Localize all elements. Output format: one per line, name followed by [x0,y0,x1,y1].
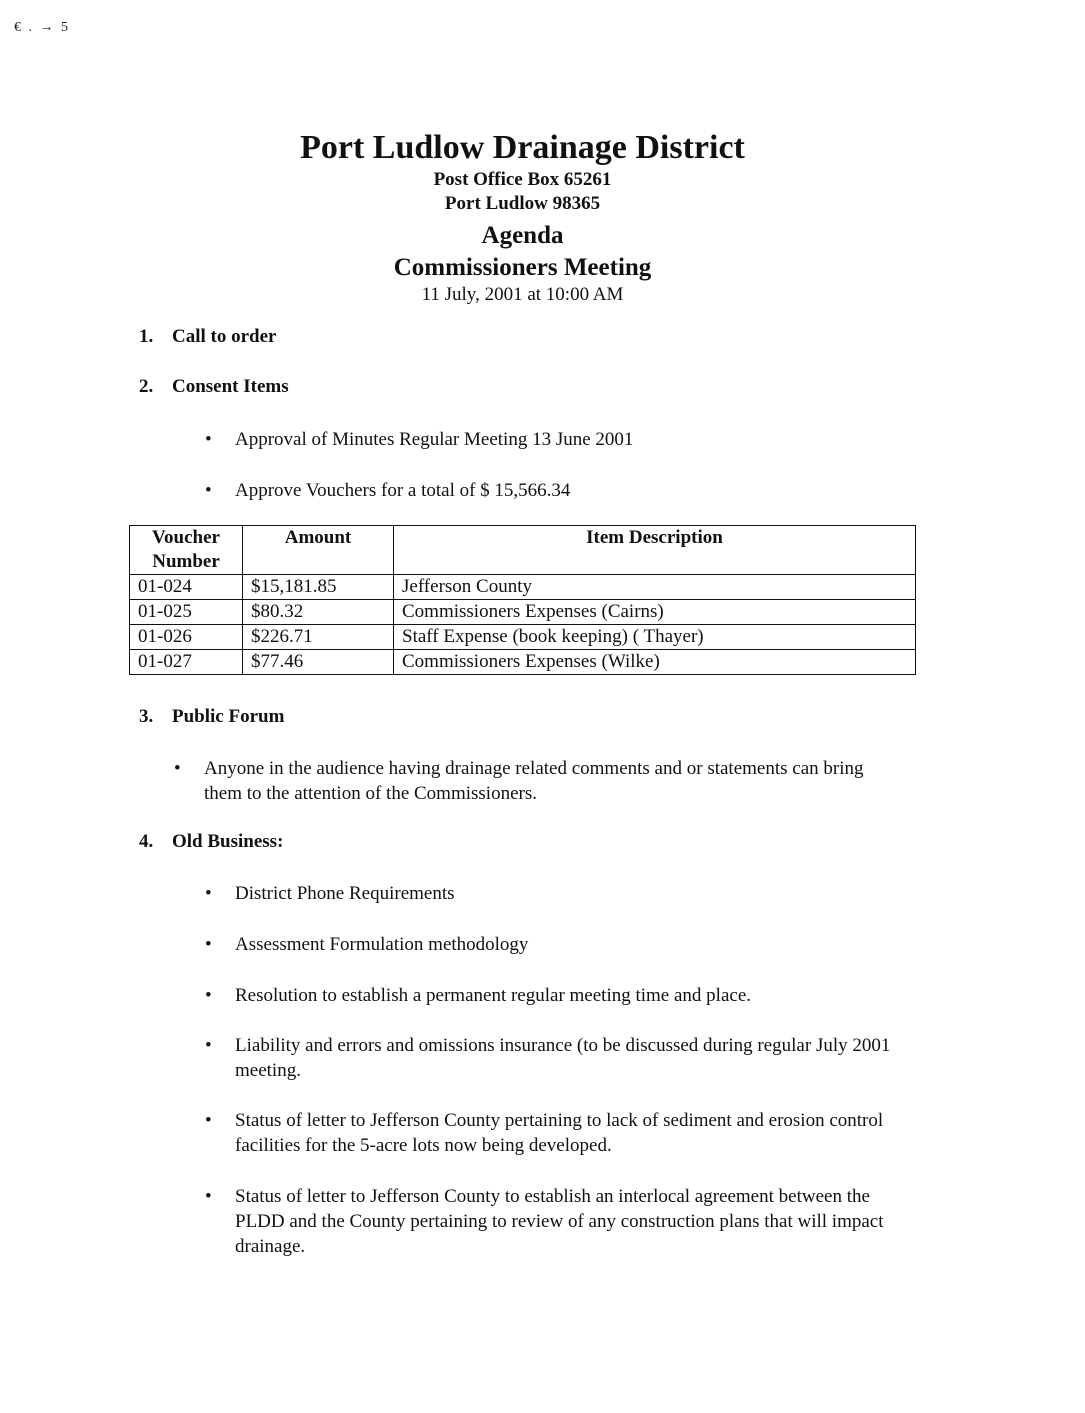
section-title: Consent Items [172,376,289,397]
section-consent-items: 2.Consent Items [139,376,289,398]
section-old-business: 4.Old Business: [139,831,283,853]
table-row: 01-024 $15,181.85 Jefferson County [130,575,916,600]
section-call-to-order: 1.Call to order [139,326,276,348]
voucher-amount: $77.46 [243,650,394,675]
address-line-1: Post Office Box 65261 [0,168,1045,192]
voucher-number: 01-024 [130,575,243,600]
bullet-icon: • [205,932,212,957]
address-line-2: Port Ludlow 98365 [0,192,1045,216]
bullet-icon: • [205,1108,212,1133]
section-number: 1. [139,326,172,348]
document-type: Agenda [0,220,1045,252]
section-title: Public Forum [172,706,284,727]
table-row: 01-025 $80.32 Commissioners Expenses (Ca… [130,600,916,625]
voucher-description: Staff Expense (book keeping) ( Thayer) [394,625,916,650]
bullet-icon: • [205,427,212,452]
document-header: Port Ludlow Drainage District Post Offic… [0,128,1045,306]
voucher-number: 01-027 [130,650,243,675]
list-item: • Status of letter to Jefferson County p… [235,1108,905,1158]
voucher-amount: $80.32 [243,600,394,625]
column-header-item-description: Item Description [394,526,916,575]
list-item: • Approval of Minutes Regular Meeting 13… [235,427,895,452]
list-item: • Anyone in the audience having drainage… [204,756,904,806]
meeting-datetime: 11 July, 2001 at 10:00 AM [0,284,1045,306]
bullet-icon: • [205,1184,212,1209]
organization-title: Port Ludlow Drainage District [0,128,1045,168]
section-title: Old Business: [172,831,283,852]
meeting-title: Commissioners Meeting [0,252,1045,284]
list-item: • Resolution to establish a permanent re… [235,983,905,1008]
section-number: 4. [139,831,172,853]
bullet-icon: • [205,881,212,906]
voucher-amount: $15,181.85 [243,575,394,600]
table-row: 01-027 $77.46 Commissioners Expenses (Wi… [130,650,916,675]
list-item: • Assessment Formulation methodology [235,932,905,957]
scan-artifact: € . → 5 [14,20,70,36]
section-number: 3. [139,706,172,728]
voucher-description: Jefferson County [394,575,916,600]
bullet-icon: • [205,478,212,503]
voucher-amount: $226.71 [243,625,394,650]
column-header-amount: Amount [243,526,394,575]
voucher-description: Commissioners Expenses (Cairns) [394,600,916,625]
list-item: • District Phone Requirements [235,881,905,906]
section-public-forum: 3.Public Forum [139,706,284,728]
table-header-row: Voucher Number Amount Item Description [130,526,916,575]
list-item: • Approve Vouchers for a total of $ 15,5… [235,478,895,503]
voucher-table: Voucher Number Amount Item Description 0… [129,525,916,675]
voucher-number: 01-025 [130,600,243,625]
bullet-icon: • [205,983,212,1008]
bullet-icon: • [174,756,181,781]
section-number: 2. [139,376,172,398]
table-row: 01-026 $226.71 Staff Expense (book keepi… [130,625,916,650]
list-item: • Status of letter to Jefferson County t… [235,1184,895,1259]
voucher-description: Commissioners Expenses (Wilke) [394,650,916,675]
column-header-voucher-number: Voucher Number [130,526,243,575]
voucher-number: 01-026 [130,625,243,650]
list-item: • Liability and errors and omissions ins… [235,1033,900,1083]
bullet-icon: • [205,1033,212,1058]
section-title: Call to order [172,326,276,347]
